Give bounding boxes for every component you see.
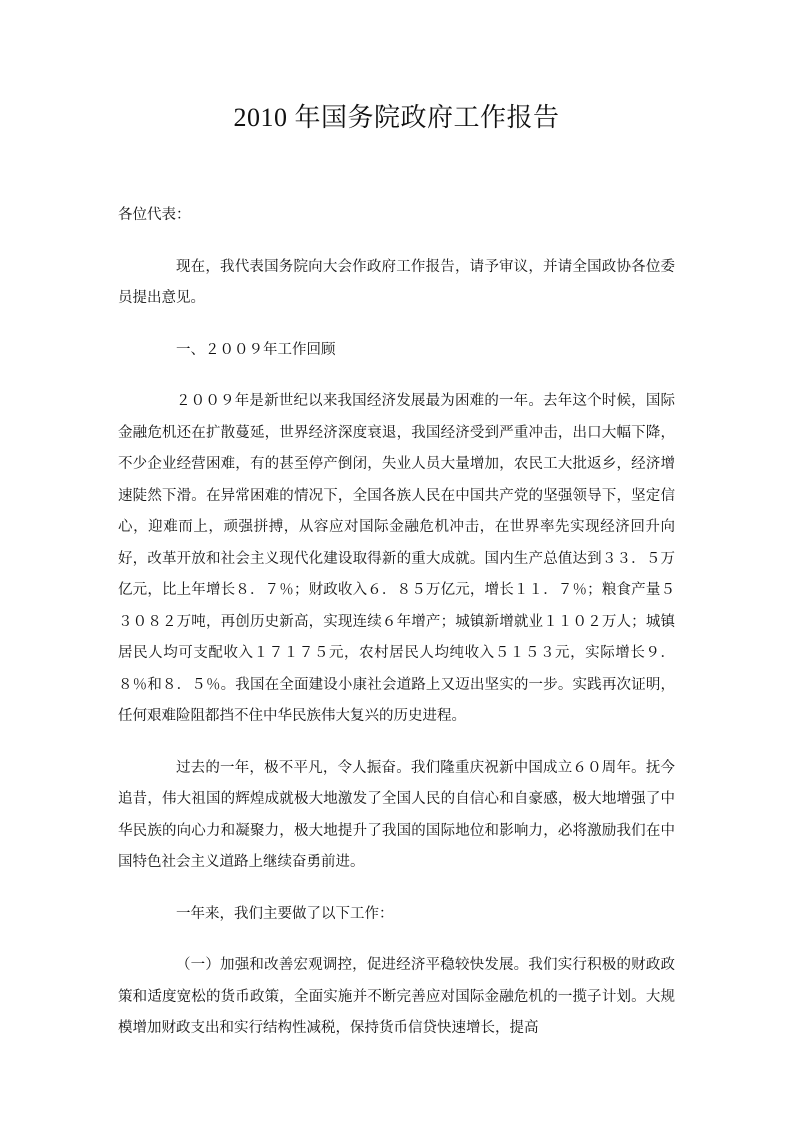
document-body: 各位代表： 现在，我代表国务院向大会作政府工作报告，请予审议，并请全国政协各位委… bbox=[118, 200, 675, 1065]
anniversary-paragraph: 过去的一年，极不平凡，令人振奋。我们隆重庆祝新中国成立６０周年。抚今追昔，伟大祖… bbox=[118, 753, 675, 879]
opening-paragraph: 现在，我代表国务院向大会作政府工作报告，请予审议，并请全国政协各位委员提出意见。 bbox=[118, 252, 675, 315]
salutation: 各位代表： bbox=[118, 200, 675, 232]
review-paragraph: ２００９年是新世纪以来我国经济发展最为困难的一年。去年这个时候，国际金融危机还在… bbox=[118, 386, 675, 733]
document-title: 2010 年国务院政府工作报告 bbox=[0, 100, 793, 136]
work-intro-paragraph: 一年来，我们主要做了以下工作： bbox=[118, 899, 675, 931]
section-heading: 一、２００９年工作回顾 bbox=[118, 335, 675, 367]
macro-control-paragraph: （一）加强和改善宏观调控，促进经济平稳较快发展。我们实行积极的财政政策和适度宽松… bbox=[118, 950, 675, 1045]
document-page: 2010 年国务院政府工作报告 各位代表： 现在，我代表国务院向大会作政府工作报… bbox=[0, 0, 793, 1122]
